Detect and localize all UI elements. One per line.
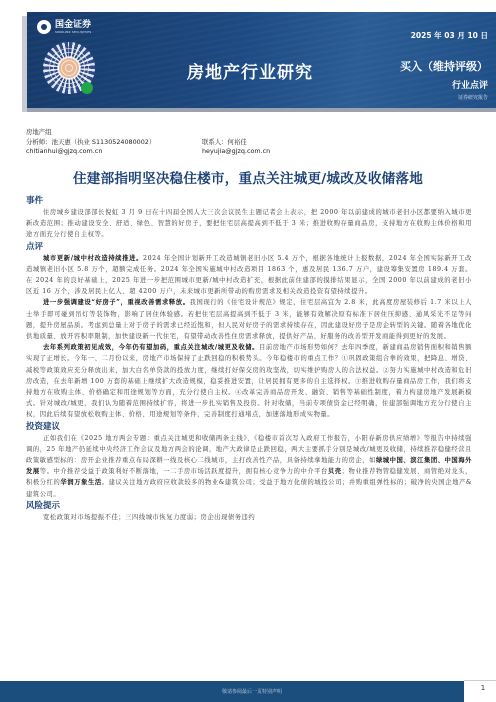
risk-paragraph: 宽松政策对市场提振不佳；三四线城市恢复力度弱；房企出现债务违约 xyxy=(26,512,472,523)
report-body: 事件 住房城乡建设部部长倪虹 3 月 9 日在十四届全国人大三次会议民生主题记者… xyxy=(26,195,472,523)
recommended-agency: 贝壳 xyxy=(328,468,342,475)
analyst-email-link[interactable]: chitianhui@gjzq.com.cn xyxy=(26,147,202,157)
report-headline: 住建部指明坚决稳住楼市，重点关注城更/城改及收储落地 xyxy=(0,167,496,187)
report-subtype: 证券研究报告 xyxy=(458,94,488,101)
section-title-risk: 风险提示 xyxy=(26,500,472,512)
contact-email-link[interactable]: heyujia@gjzq.com.cn xyxy=(202,147,270,157)
investment-advice-paragraph: 正如我们在《2025 地方两会专题：重点关注城更和收储两条主线》、《稳楼市首次写… xyxy=(26,433,472,500)
logo-cn-text: 国金证券 xyxy=(55,20,92,30)
paragraph-lead: 进一步强调建设“好房子”，重视改善需求释放。 xyxy=(43,299,190,306)
company-logo: 国金证券 SINOLINK SECURITIES xyxy=(37,20,92,34)
report-type: 行业点评 xyxy=(452,78,488,91)
paragraph-lead: 去年系列政策初见成效，今年仍有望加码，重点关注城改/城更及收储。 xyxy=(43,344,259,351)
rating-label: 买入（维持评级） xyxy=(400,58,488,74)
contact-label: 联系人：何裕佳 xyxy=(202,138,247,148)
recommended-property-mgmt: 华润万象生活 xyxy=(60,479,101,486)
analyst-label: 分析师：池天惠（执业 S1130524080002） xyxy=(26,138,202,148)
footer-disclaimer-link[interactable]: 敬请参阅最后一页特别声明 xyxy=(222,688,282,695)
event-paragraph: 住房城乡建设部部长倪虹 3 月 9 日在十四届全国人大三次会议民生主题记者会上表… xyxy=(26,207,472,241)
page-number: 1 xyxy=(470,684,496,692)
footer-divider xyxy=(464,680,496,681)
section-title-commentary: 点评 xyxy=(26,241,472,253)
commentary-paragraph-policy: 去年系列政策初见成效，今年仍有望加码，重点关注城改/城更及收储。目前房地产市场形… xyxy=(26,342,472,420)
analyst-info: 房地产组 分析师：池天惠（执业 S1130524080002） 联系人：何裕佳 … xyxy=(26,128,270,157)
report-category-title: 房地产行业研究 xyxy=(187,58,313,83)
team-name: 房地产组 xyxy=(26,128,52,138)
commentary-paragraph-urban-renewal: 城市更新/城中村改造持续推进。2024 年全国计划新开工改造城镇老旧小区 5.4… xyxy=(26,253,472,298)
footer-bar: 敬请参阅最后一页特别声明 xyxy=(0,681,464,702)
paragraph-lead: 城市更新/城中村改造持续推进。 xyxy=(43,255,143,262)
logo-mark-icon xyxy=(37,20,51,34)
section-title-event: 事件 xyxy=(26,195,472,207)
commentary-paragraph-good-housing: 进一步强调建设“好房子”，重视改善需求释放。我国现行的《住宅设计规范》规定，住宅… xyxy=(26,297,472,342)
banner-divider xyxy=(27,108,496,112)
report-date: 2025 年 03 月 10 日 xyxy=(411,30,488,41)
logo-en-text: SINOLINK SECURITIES xyxy=(55,30,92,34)
section-title-investment-advice: 投资建议 xyxy=(26,421,472,433)
report-banner: 国金证券 SINOLINK SECURITIES 房地产行业研究 2025 年 … xyxy=(27,12,496,108)
qr-badge-icon xyxy=(81,82,93,94)
